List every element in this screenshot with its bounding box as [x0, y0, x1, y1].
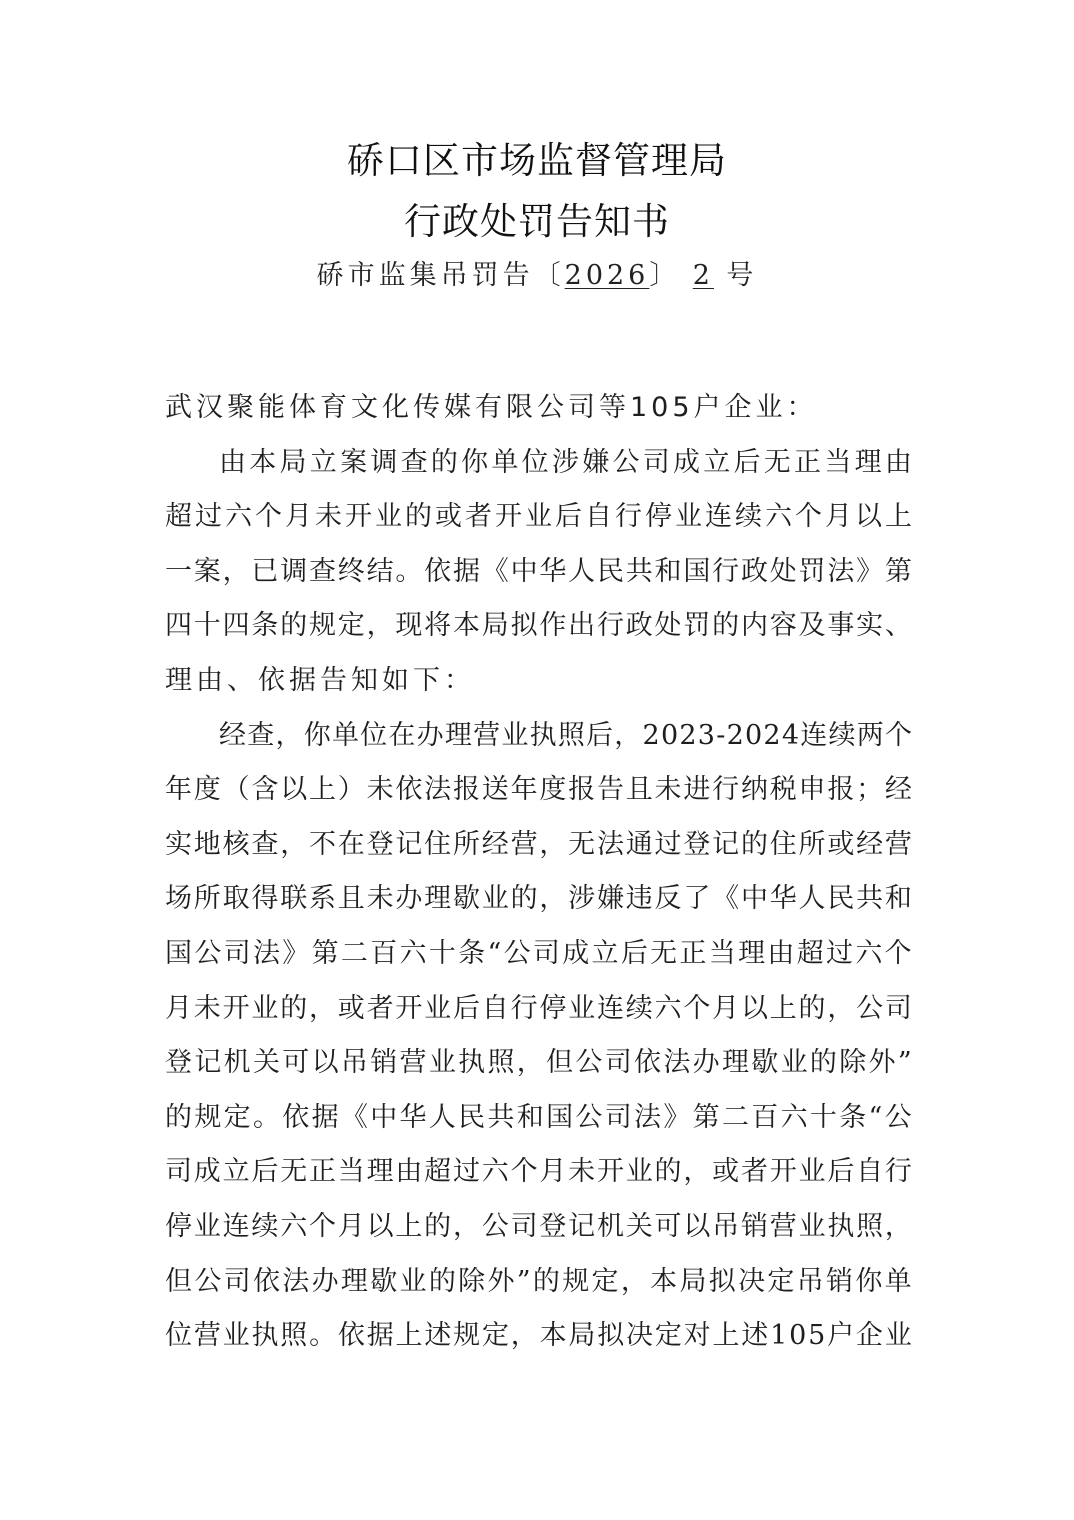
body-line: 一案，已调查终结。依据《中华人民共和国行政处罚法》第	[165, 545, 912, 600]
document-title: 行政处罚告知书	[0, 203, 1074, 240]
doc-number-bracket-close: 〕	[649, 260, 680, 291]
body-line: 月未开业的，或者开业后自行停业连续六个月以上的，公司	[165, 982, 912, 1037]
body-line: 实地核查，不在登记住所经营，无法通过登记的住所或经营	[165, 818, 912, 873]
body-line: 停业连续六个月以上的，公司登记机关可以吊销营业执照，	[165, 1200, 912, 1255]
body-line: 司成立后无正当理由超过六个月未开业的，或者开业后自行	[165, 1145, 912, 1200]
body-line: 年度（含以上）未依法报送年度报告且未进行纳税申报；经	[165, 763, 912, 818]
document-number: 硚市监集吊罚告〔2026〕2号	[0, 262, 1074, 289]
doc-number-prefix: 硚市监集吊罚告〔	[317, 260, 565, 291]
issuing-authority-title: 硚口区市场监督管理局	[0, 142, 1074, 179]
body-line: 但公司依法办理歇业的除外”的规定，本局拟决定吊销你单	[165, 1255, 912, 1310]
body-line: 登记机关可以吊销营业执照，但公司依法办理歇业的除外”	[165, 1036, 912, 1091]
body-line: 理由、依据告知如下：	[165, 654, 912, 709]
body-line: 国公司法》第二百六十条“公司成立后无正当理由超过六个	[165, 927, 912, 982]
body-line: 四十四条的规定，现将本局拟作出行政处罚的内容及事实、	[165, 599, 912, 654]
document-body: 武汉聚能体育文化传媒有限公司等105户企业： 由本局立案调查的你单位涉嫌公司成立…	[165, 381, 912, 1364]
body-line: 超过六个月未开业的或者开业后自行停业连续六个月以上	[165, 490, 912, 545]
doc-number-suffix: 号	[726, 260, 757, 291]
doc-number-serial: 2	[680, 262, 726, 289]
body-line: 场所取得联系且未办理歇业的，涉嫌违反了《中华人民共和	[165, 872, 912, 927]
body-line: 位营业执照。依据上述规定，本局拟决定对上述105户企业	[165, 1309, 912, 1364]
body-line: 经查，你单位在办理营业执照后，2023-2024连续两个	[165, 709, 912, 764]
body-line: 的规定。依据《中华人民共和国公司法》第二百六十条“公	[165, 1091, 912, 1146]
body-line: 由本局立案调查的你单位涉嫌公司成立后无正当理由	[165, 436, 912, 491]
salutation: 武汉聚能体育文化传媒有限公司等105户企业：	[165, 381, 912, 436]
document-page: 硚口区市场监督管理局 行政处罚告知书 硚市监集吊罚告〔2026〕2号 武汉聚能体…	[0, 0, 1074, 1520]
doc-number-year: 2026	[565, 260, 650, 291]
